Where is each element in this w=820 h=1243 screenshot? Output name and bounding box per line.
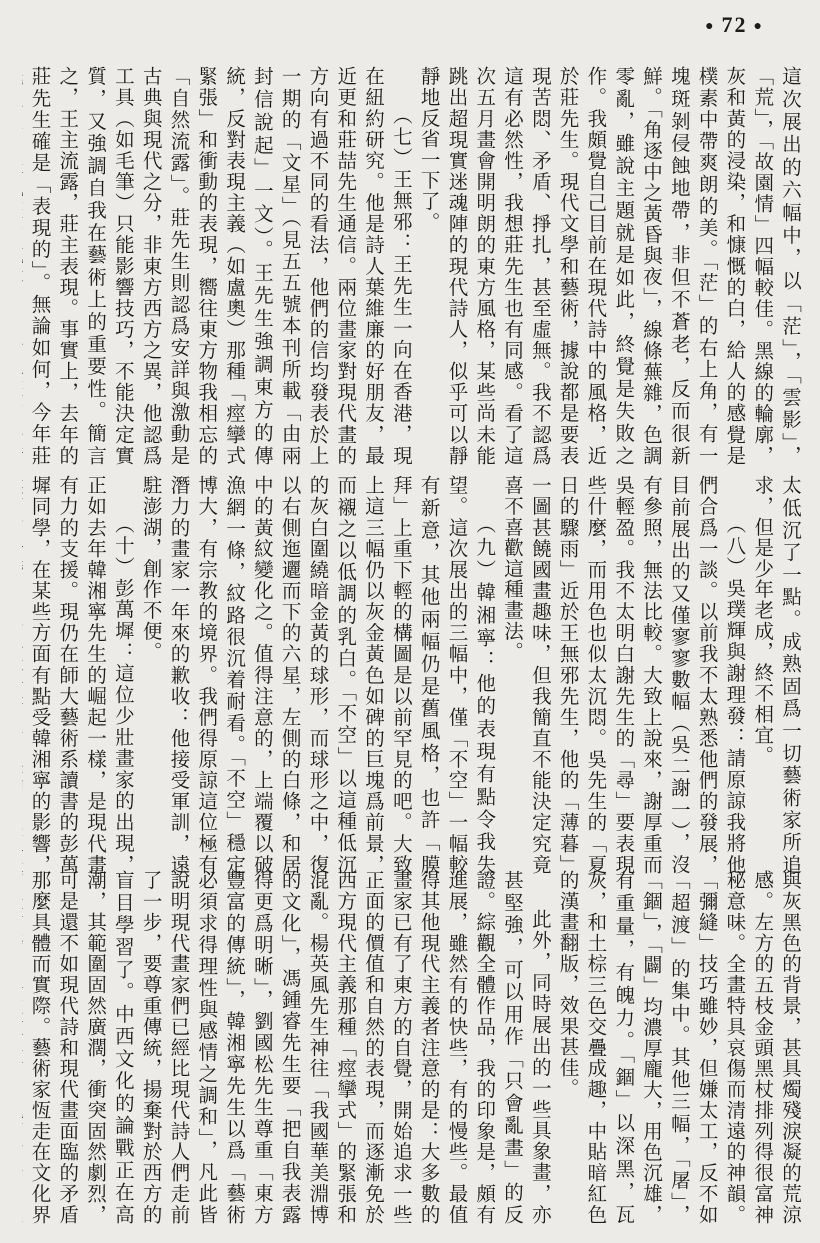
- paragraph-conclusion: 此外，同時展出的一些具象畫，亦甚堅強，可以用作「只會亂畫」的反證。綜觀全體作品，…: [22, 870, 554, 1225]
- paragraph-han-xiangning: （九）韓湘寧：他的表現有點令我失望。這次展出的三幅中，僅「不空」一幅較有新意，其…: [137, 475, 498, 875]
- bullet-icon: ●: [754, 19, 764, 34]
- paragraph: 與灰黑色的背景，甚具燭殘淚凝的荒涼感。左方的五枝金頭黑杖排列得很富神秘意味。全畫…: [554, 870, 804, 1225]
- bullet-icon: ●: [705, 19, 715, 34]
- paragraph-wu-xie: （八）吳璞輝與謝理發：請原諒我將他們合爲一談。以前我不太熟悉他們的發展，目前展出…: [498, 475, 748, 875]
- article-section-middle: 太低沉了一點。成熟固爲一切藝術家所追求，但是少年老成，終不相宜。 （八）吳璞輝與…: [22, 475, 804, 875]
- paragraph: 太低沉了一點。成熟固爲一切藝術家所追求，但是少年老成，終不相宜。: [748, 475, 804, 875]
- article-section-top: 這次展出的六幅中，以「茫」，「雲影」，「荒」，「故園情」四幅較佳。黑線的輪廓，灰…: [22, 66, 804, 466]
- page-number-text: 72: [722, 12, 748, 37]
- paragraph: 這次展出的六幅中，以「茫」，「雲影」，「荒」，「故園情」四幅較佳。黑線的輪廓，灰…: [415, 66, 804, 466]
- article-section-bottom: 與灰黑色的背景，甚具燭殘淚凝的荒涼感。左方的五枝金頭黑杖排列得很富神秘意味。全畫…: [22, 870, 804, 1225]
- page-number: ●72●: [699, 12, 770, 38]
- paragraph-wang-wuxie: （七）王無邪：王先生一向在香港，現在紐約研究。他是詩人葉維廉的好朋友，最近更和莊…: [22, 66, 415, 466]
- paragraph-peng-wanchi: （十）彭萬墀：這位少壯畫家的出現，正如去年韓湘寧先生的崛起一樣，是現代畫有力的支…: [22, 475, 137, 875]
